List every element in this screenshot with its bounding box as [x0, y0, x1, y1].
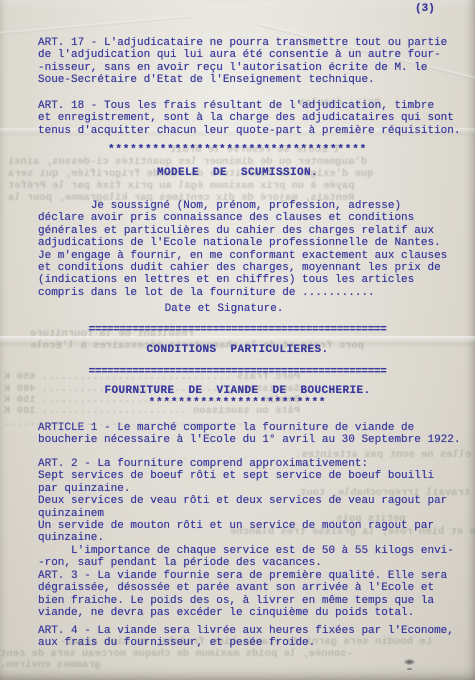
fourniture-underline: ************************ [0, 397, 475, 409]
fourniture-heading: FOURNITURE DE VIANDE DE BOUCHERIE. [0, 385, 475, 397]
article-1: ARTICLE 1 - Le marché comporte la fourni… [38, 422, 468, 447]
article-17: ART. 17 - L'adjudicataire ne pourra tran… [38, 37, 468, 87]
ink-smudge [407, 668, 412, 670]
page-number: (3) [415, 3, 465, 15]
ink-smudge [404, 659, 415, 665]
equals-separator: ========================================… [0, 324, 475, 336]
equals-separator: ========================================… [0, 366, 475, 378]
document-page: Prix: épaules. l'Ecole se réserve le dro… [0, 0, 475, 680]
article-2: ART. 2 - La fourniture comprend approxim… [38, 458, 468, 570]
stars-separator: *********************************** [0, 144, 475, 156]
bleedthrough-line: -sonnée, le poids maximum de chaque morc… [0, 649, 353, 660]
article-18: ART. 18 - Tous les frais résultant de l'… [38, 100, 468, 137]
article-3: ART. 3 - La viande fournie sera de premi… [38, 570, 468, 620]
bleedthrough-line: payée à un prix maximum égal au prix fix… [8, 181, 355, 192]
conditions-heading: CONDITIONS PARTICULIERES. [0, 344, 475, 356]
soumission-body: Je soussigné (Nom, prénom, profession, a… [38, 200, 468, 299]
article-4: ART. 4 - La viande sera livrée aux heure… [38, 625, 468, 650]
soumission-model-heading: MODELE DE SCUMISSION. [0, 167, 475, 179]
bleedthrough-line: grammes environ. [0, 660, 101, 671]
date-signature-line: Date et Signature. [0, 303, 448, 315]
paper-crease [0, 15, 190, 35]
